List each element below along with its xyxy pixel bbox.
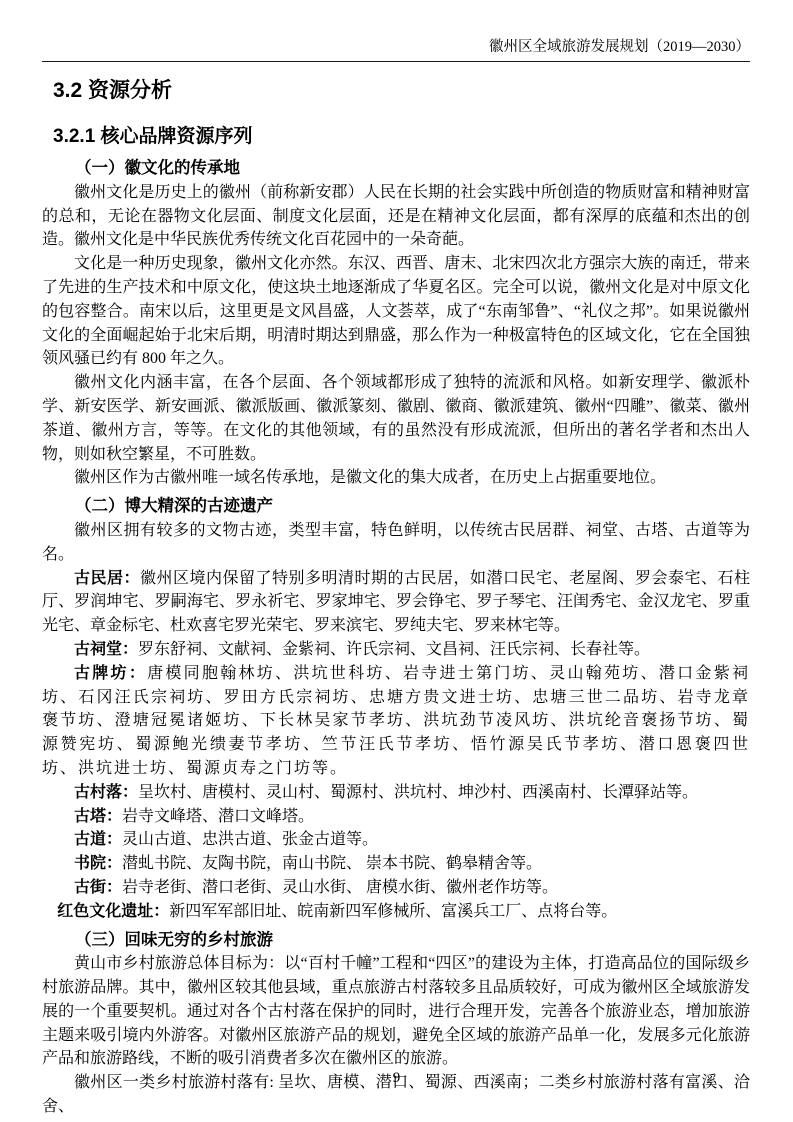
paragraph: 徽州区作为古徽州唯一域名传承地，是徽文化的集大成者，在历史上占据重要地位。 xyxy=(42,466,750,490)
item-label: 古道： xyxy=(74,831,122,848)
item-label: 古牌坊： xyxy=(74,665,147,682)
item-text: 新四军军部旧址、皖南新四军修械所、富溪兵工厂、点将台等。 xyxy=(169,903,617,920)
list-item-red-culture-sites: 红色文化遗址：新四军军部旧址、皖南新四军修械所、富溪兵工厂、点将台等。 xyxy=(42,900,750,924)
paragraph: 文化是一种历史现象，徽州文化亦然。东汉、西晋、唐末、北宋四次北方强宗大族的南迁，… xyxy=(42,252,750,371)
paragraph: 黄山市乡村旅游总体目标为：以“百村千幢”工程和“四区”的建设为主体，打造高品位的… xyxy=(42,952,750,1071)
item-label: 古塔： xyxy=(74,808,122,825)
item-label: 书院： xyxy=(74,855,122,872)
list-item-ancient-trails: 古道：灵山古道、忠洪古道、张金古道等。 xyxy=(42,828,750,852)
document-page: 徽州区全域旅游发展规划（2019—2030） 3.2 资源分析 3.2.1 核心… xyxy=(0,0,793,1122)
list-item-academies: 书院：潜虬书院、友陶书院，南山书院、 崇本书院、鹤皋精舍等。 xyxy=(42,852,750,876)
item-label: 古街： xyxy=(74,879,122,896)
list-item-ancient-streets: 古街：岩寺老街、潜口老街、灵山水街、 唐模水街、徽州老作坊等。 xyxy=(42,876,750,900)
paragraph: 徽州区拥有较多的文物古迹，类型丰富，特色鲜明，以传统古民居群、祠堂、古塔、古道等… xyxy=(42,519,750,567)
item-label: 古祠堂： xyxy=(74,641,138,658)
item-text: 徽州区境内保留了特别多明清时期的古民居，如潜口民宅、老屋阁、罗会泰宅、石柱厅、罗… xyxy=(42,570,750,635)
item-text: 灵山古道、忠洪古道、张金古道等。 xyxy=(122,831,378,848)
item-label: 红色文化遗址： xyxy=(57,903,169,920)
item-text: 呈坎村、唐模村、灵山村、蜀源村、洪坑村、坤沙村、西溪南村、长潭驿站等。 xyxy=(138,784,698,801)
paragraph: 徽州文化是历史上的徽州（前称新安郡）人民在长期的社会实践中所创造的物质财富和精神… xyxy=(42,181,750,252)
page-number: 9 xyxy=(0,1068,793,1088)
running-head: 徽州区全域旅游发展规划（2019—2030） xyxy=(42,38,750,61)
list-item-ancient-pagodas: 古塔：岩寺文峰塔、潜口文峰塔。 xyxy=(42,805,750,829)
subheading-huizhou-culture: （一）徽文化的传承地 xyxy=(42,157,750,181)
list-item-ancient-villages: 古村落：呈坎村、唐模村、灵山村、蜀源村、洪坑村、坤沙村、西溪南村、长潭驿站等。 xyxy=(42,781,750,805)
section-heading: 3.2 资源分析 xyxy=(53,79,750,103)
list-item-ancient-dwellings: 古民居：徽州区境内保留了特别多明清时期的古民居，如潜口民宅、老屋阁、罗会泰宅、石… xyxy=(42,567,750,638)
subsection-heading: 3.2.1 核心品牌资源序列 xyxy=(53,126,750,148)
item-label: 古村落： xyxy=(74,784,138,801)
list-item-ancestral-halls: 古祠堂：罗东舒祠、文献祠、金紫祠、许氏宗祠、文昌祠、汪氏宗祠、长春社等。 xyxy=(42,638,750,662)
item-text: 岩寺文峰塔、潜口文峰塔。 xyxy=(122,808,314,825)
subheading-rural-tourism: （三）回味无穷的乡村旅游 xyxy=(42,929,750,953)
subheading-heritage-relics: （二）博大精深的古迹遗产 xyxy=(42,495,750,519)
item-text: 罗东舒祠、文献祠、金紫祠、许氏宗祠、文昌祠、汪氏宗祠、长春社等。 xyxy=(138,641,650,658)
item-text: 潜虬书院、友陶书院，南山书院、 崇本书院、鹤皋精舍等。 xyxy=(122,855,542,872)
paragraph: 徽州文化内涵丰富，在各个层面、各个领域都形成了独特的流派和风格。如新安理学、徽派… xyxy=(42,371,750,466)
header-divider xyxy=(42,61,750,62)
list-item-memorial-archways: 古牌坊：唐模同胞翰林坊、洪坑世科坊、岩寺进士第门坊、灵山翰苑坊、潜口金紫祠坊、石… xyxy=(42,662,750,781)
page-header: 徽州区全域旅游发展规划（2019—2030） xyxy=(42,38,750,62)
item-text: 岩寺老街、潜口老街、灵山水街、 唐模水街、徽州老作坊等。 xyxy=(122,879,558,896)
item-label: 古民居： xyxy=(74,570,140,587)
item-text: 唐模同胞翰林坊、洪坑世科坊、岩寺进士第门坊、灵山翰苑坊、潜口金紫祠坊、石冈汪氏宗… xyxy=(42,665,750,777)
